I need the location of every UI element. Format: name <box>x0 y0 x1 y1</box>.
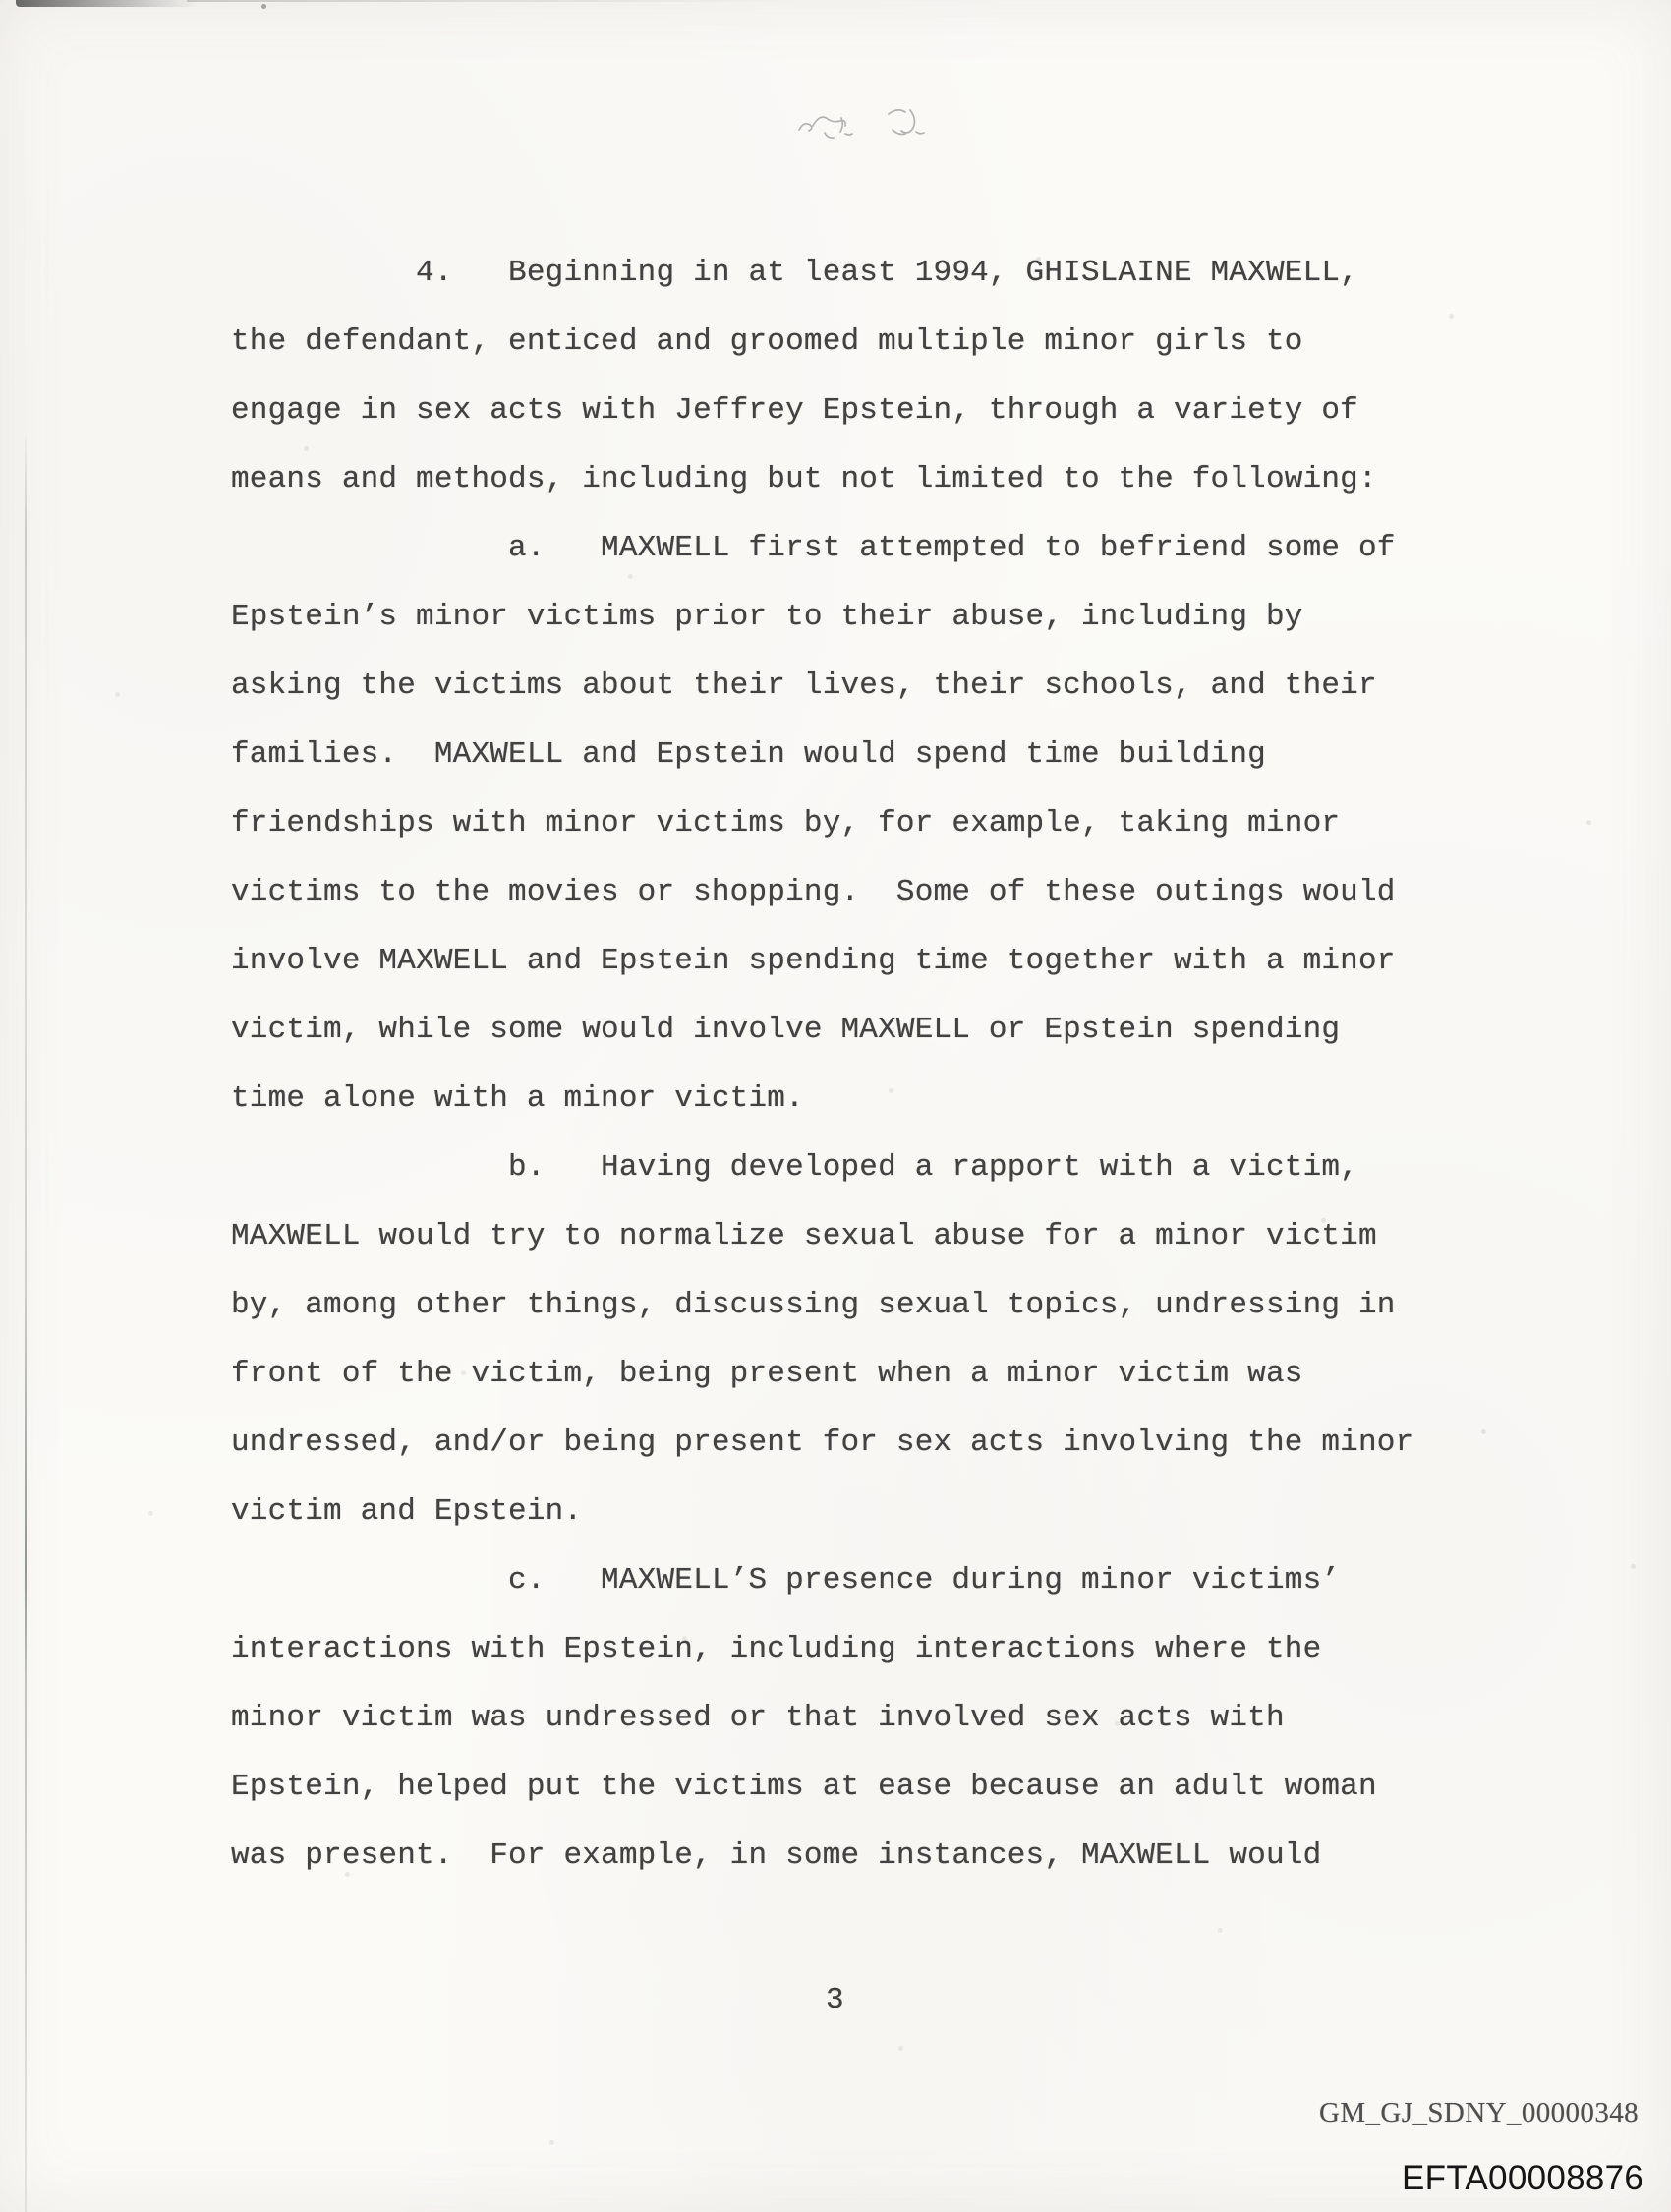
page-number: 3 <box>826 1966 844 2035</box>
scan-speck <box>261 4 266 9</box>
scan-top-hairline <box>187 0 796 2</box>
scan-top-smear <box>16 0 198 7</box>
bates-stamp-gm: GM_GJ_SDNY_00000348 <box>1319 2096 1639 2129</box>
scanned-court-document-page: 4. Beginning in at least 1994, GHISLAINE… <box>0 0 1671 2212</box>
scan-edge-line <box>25 425 27 2212</box>
pencil-smudge-mark <box>796 98 857 146</box>
paper-specks <box>0 0 3 3</box>
bates-stamp-efta: EFTA00008876 <box>1402 2159 1643 2198</box>
document-body-text: 4. Beginning in at least 1994, GHISLAINE… <box>231 239 1413 1891</box>
pencil-smudge-mark <box>883 104 932 144</box>
